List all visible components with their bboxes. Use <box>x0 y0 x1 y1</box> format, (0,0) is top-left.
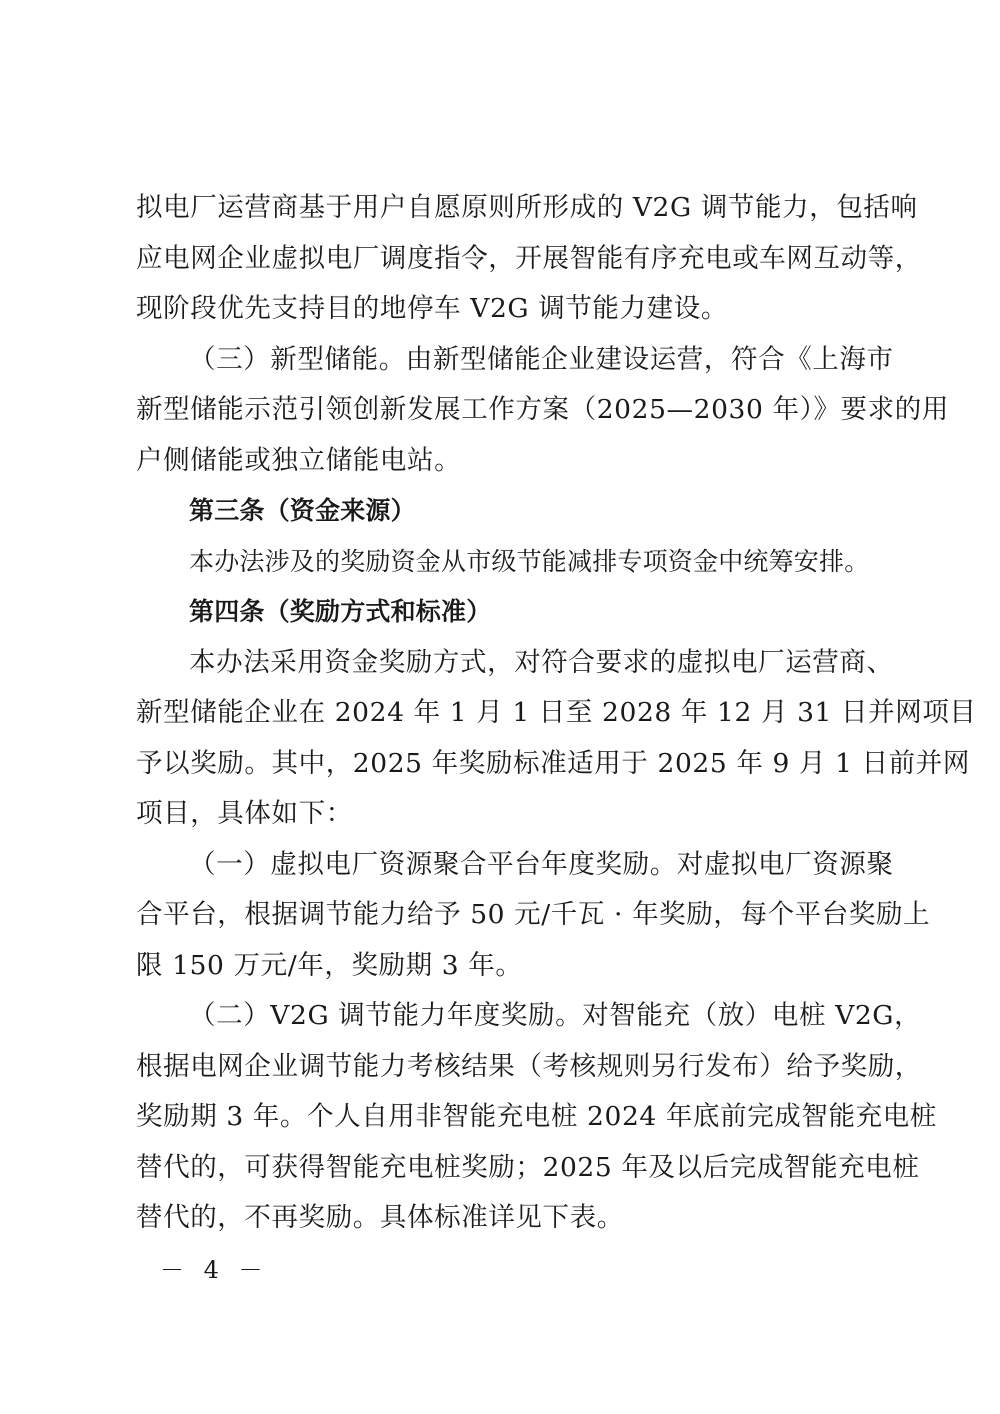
text-line: 新型储能示范引领创新发展工作方案（2025—2030 年）》要求的用 <box>136 385 870 436</box>
text-line: 合平台，根据调节能力给予 50 元/千瓦 · 年奖励，每个平台奖励上 <box>136 890 870 941</box>
text-line: 限 150 万元/年，奖励期 3 年。 <box>136 941 870 992</box>
text-line: 替代的，可获得智能充电桩奖励；2025 年及以后完成智能充电桩 <box>136 1143 870 1194</box>
text-line: 应电网企业虚拟电厂调度指令，开展智能有序充电或车网互动等， <box>136 234 870 285</box>
paragraph-funding-source: 本办法涉及的奖励资金从市级节能减排专项资金中统筹安排。 <box>136 537 870 588</box>
text-line: 奖励期 3 年。个人自用非智能充电桩 2024 年底前完成智能充电桩 <box>136 1092 870 1143</box>
page-number: － 4 － <box>160 1250 269 1285</box>
text-line: 根据电网企业调节能力考核结果（考核规则另行发布）给予奖励， <box>136 1042 870 1093</box>
text-line: 予以奖励。其中，2025 年奖励标准适用于 2025 年 9 月 1 日前并网 <box>136 739 870 790</box>
text-line: 新型储能企业在 2024 年 1 月 1 日至 2028 年 12 月 31 日… <box>136 688 870 739</box>
text-line: （三）新型储能。由新型储能企业建设运营，符合《上海市 <box>136 335 870 386</box>
text-line: 本办法采用资金奖励方式，对符合要求的虚拟电厂运营商、 <box>136 638 870 689</box>
paragraph-reward-method: 本办法采用资金奖励方式，对符合要求的虚拟电厂运营商、 新型储能企业在 2024 … <box>136 638 870 840</box>
paragraph-vpp-platform-reward: （一）虚拟电厂资源聚合平台年度奖励。对虚拟电厂资源聚 合平台，根据调节能力给予 … <box>136 840 870 992</box>
text-line: 拟电厂运营商基于用户自愿原则所形成的 V2G 调节能力，包括响 <box>136 183 870 234</box>
text-line: （一）虚拟电厂资源聚合平台年度奖励。对虚拟电厂资源聚 <box>136 840 870 891</box>
paragraph-v2g-continuation: 拟电厂运营商基于用户自愿原则所形成的 V2G 调节能力，包括响 应电网企业虚拟电… <box>136 183 870 335</box>
article-4-heading: 第四条（奖励方式和标准） <box>136 587 870 638</box>
text-line: 户侧储能或独立储能电站。 <box>136 436 870 487</box>
paragraph-new-energy-storage: （三）新型储能。由新型储能企业建设运营，符合《上海市 新型储能示范引领创新发展工… <box>136 335 870 487</box>
text-line: （二）V2G 调节能力年度奖励。对智能充（放）电桩 V2G， <box>136 991 870 1042</box>
article-3-heading: 第三条（资金来源） <box>136 486 870 537</box>
text-line: 本办法涉及的奖励资金从市级节能减排专项资金中统筹安排。 <box>136 537 870 588</box>
text-line: 现阶段优先支持目的地停车 V2G 调节能力建设。 <box>136 284 870 335</box>
document-page: 拟电厂运营商基于用户自愿原则所形成的 V2G 调节能力，包括响 应电网企业虚拟电… <box>0 0 1000 1414</box>
paragraph-v2g-reward: （二）V2G 调节能力年度奖励。对智能充（放）电桩 V2G， 根据电网企业调节能… <box>136 991 870 1244</box>
text-line: 项目，具体如下： <box>136 789 870 840</box>
text-line: 替代的，不再奖励。具体标准详见下表。 <box>136 1193 870 1244</box>
document-body: 拟电厂运营商基于用户自愿原则所形成的 V2G 调节能力，包括响 应电网企业虚拟电… <box>136 183 870 1244</box>
